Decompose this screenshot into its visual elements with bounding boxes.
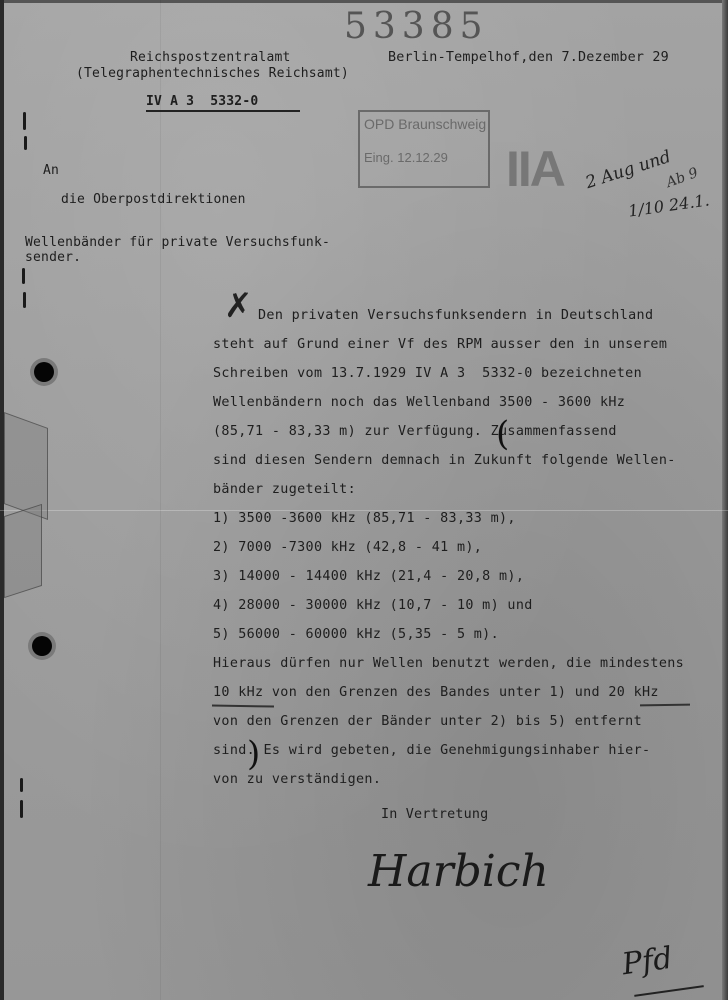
signature: Harbich: [368, 846, 549, 897]
sender-name: Reichspostzentralamt: [130, 50, 291, 65]
body-line: (85,71 - 83,33 m) zur Verfügung. Zusamme…: [213, 424, 617, 439]
handwritten-note: 1/10 24.1.: [627, 190, 711, 220]
body-line: Den privaten Versuchsfunksendern in Deut…: [258, 308, 653, 323]
stamp-office: OPD Braunschweig: [364, 116, 486, 132]
band-list-item: 1) 3500 -3600 kHz (85,71 - 83,33 m),: [213, 511, 516, 526]
body-line: 10 kHz von den Grenzen des Bandes unter …: [213, 685, 659, 700]
margin-mark: [23, 292, 26, 308]
body-line: Wellenbändern noch das Wellenband 3500 -…: [213, 395, 625, 410]
document-page: 53385 Reichspostzentralamt (Telegraphent…: [0, 0, 728, 1000]
subject-line: sender.: [25, 250, 81, 265]
page-edge-right: [722, 0, 728, 1000]
band-list-item: 4) 28000 - 30000 kHz (10,7 - 10 m) und: [213, 598, 533, 613]
body-line: steht auf Grund einer Vf des RPM ausser …: [213, 337, 667, 352]
body-line: Schreiben vom 13.7.1929 IV A 3 5332-0 be…: [213, 366, 642, 381]
margin-mark: [22, 268, 25, 284]
department-stamp-mark: IIA: [506, 140, 564, 198]
punch-hole-icon: [32, 636, 52, 656]
recipient-an: An: [43, 163, 59, 178]
place-date: Berlin-Tempelhof,den 7.Dezember 29: [388, 50, 669, 65]
closing: In Vertretung: [381, 807, 488, 822]
subject-line: Wellenbänder für private Versuchsfunk-: [25, 235, 330, 250]
handwritten-note: Ab 9: [664, 165, 700, 191]
margin-mark: [20, 778, 23, 792]
body-line: Hieraus dürfen nur Wellen benutzt werden…: [213, 656, 684, 671]
body-line: sind diesen Sendern demnach in Zukunft f…: [213, 453, 676, 468]
handwritten-cross-mark: ✗: [224, 286, 253, 326]
handwritten-underline: [640, 704, 690, 706]
initials-underline: [634, 985, 704, 996]
body-line: von zu verständigen.: [213, 772, 381, 787]
receipt-stamp: OPD Braunschweig Eing. 12.12.29: [358, 110, 490, 188]
reference-underline: [146, 110, 300, 112]
band-list-item: 5) 56000 - 60000 kHz (5,35 - 5 m).: [213, 627, 499, 642]
margin-mark: [24, 136, 27, 150]
handwritten-underline: [212, 704, 274, 707]
body-line: sind. Es wird gebeten, die Genehmigungsi…: [213, 743, 650, 758]
reference-number: IV A 3 5332-0: [146, 94, 258, 109]
handwritten-note: 2 Aug und: [583, 147, 673, 193]
handwritten-bracket-mark: (: [496, 414, 509, 454]
stamp-date: Eing. 12.12.29: [364, 150, 448, 165]
body-line: von den Grenzen der Bänder unter 2) bis …: [213, 714, 642, 729]
handwritten-file-number: 53385: [344, 6, 489, 47]
torn-paper-area: [4, 504, 42, 598]
recipient: die Oberpostdirektionen: [61, 192, 246, 207]
initials: Pfd: [620, 941, 675, 983]
band-list-item: 2) 7000 -7300 kHz (42,8 - 41 m),: [213, 540, 482, 555]
body-line: bänder zugeteilt:: [213, 482, 356, 497]
page-edge-top: [0, 0, 728, 3]
margin-mark: [23, 112, 26, 130]
punch-hole-icon: [34, 362, 54, 382]
margin-mark: [20, 800, 23, 818]
sender-subtitle: (Telegraphentechnisches Reichsamt): [76, 66, 349, 81]
handwritten-bracket-mark: ): [247, 734, 260, 774]
fold-line-vertical: [160, 0, 161, 1000]
band-list-item: 3) 14000 - 14400 kHz (21,4 - 20,8 m),: [213, 569, 524, 584]
